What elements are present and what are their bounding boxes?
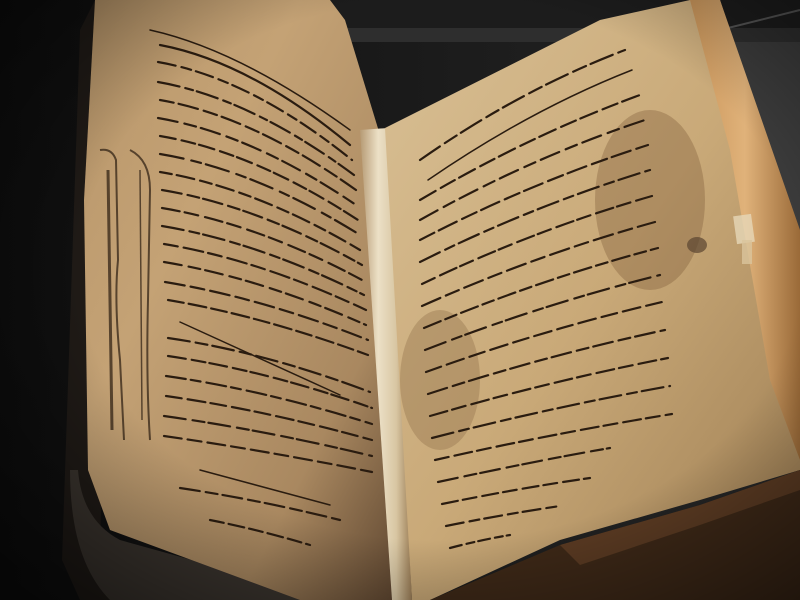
manuscript-photo [0,0,800,600]
